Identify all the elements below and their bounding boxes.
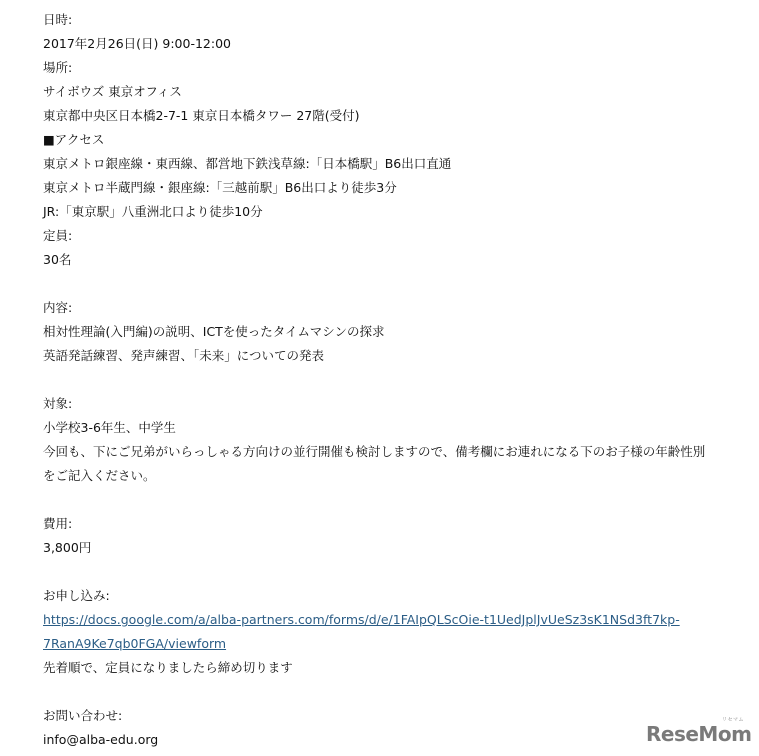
fee-label: 費用: xyxy=(43,512,743,536)
content-label: 内容: xyxy=(43,296,743,320)
access-route: JR:「東京駅」八重洲北口より徒歩10分 xyxy=(43,200,743,224)
application-link-line: https://docs.google.com/a/alba-partners.… xyxy=(43,608,743,632)
resemom-logo: リセマム ReseMom xyxy=(646,716,756,752)
access-route: 東京メトロ銀座線・東西線、都営地下鉄浅草線:「日本橋駅」B6出口直通 xyxy=(43,152,743,176)
target-note: 今回も、下にご兄弟がいらっしゃる方向けの並行開催も検討しますので、備考欄にお連れ… xyxy=(43,440,743,464)
spacer xyxy=(43,272,743,296)
datetime-value: 2017年2月26日(日) 9:00-12:00 xyxy=(43,32,743,56)
target-value: 小学校3-6年生、中学生 xyxy=(43,416,743,440)
event-details: 日時: 2017年2月26日(日) 9:00-12:00 場所: サイボウズ 東… xyxy=(43,8,743,752)
venue-address: 東京都中央区日本橋2-7-1 東京日本橋タワー 27階(受付) xyxy=(43,104,743,128)
application-note: 先着順で、定員になりましたら締め切ります xyxy=(43,656,743,680)
venue-label: 場所: xyxy=(43,56,743,80)
datetime-label: 日時: xyxy=(43,8,743,32)
capacity-label: 定員: xyxy=(43,224,743,248)
logo-brand: ReseMom xyxy=(646,722,751,746)
contact-label: お問い合わせ: xyxy=(43,704,743,728)
application-label: お申し込み: xyxy=(43,584,743,608)
content-item: 英語発話練習、発声練習、「未来」についての発表 xyxy=(43,344,743,368)
target-label: 対象: xyxy=(43,392,743,416)
access-route: 東京メトロ半蔵門線・銀座線:「三越前駅」B6出口より徒歩3分 xyxy=(43,176,743,200)
spacer xyxy=(43,368,743,392)
spacer xyxy=(43,488,743,512)
access-heading: ■アクセス xyxy=(43,128,743,152)
venue-name: サイボウズ 東京オフィス xyxy=(43,80,743,104)
fee-value: 3,800円 xyxy=(43,536,743,560)
content-item: 相対性理論(入門編)の説明、ICTを使ったタイムマシンの探求 xyxy=(43,320,743,344)
spacer xyxy=(43,680,743,704)
target-note: をご記入ください。 xyxy=(43,464,743,488)
capacity-value: 30名 xyxy=(43,248,743,272)
application-form-link[interactable]: 7RanA9Ke7qb0FGA/viewform xyxy=(43,636,226,651)
spacer xyxy=(43,560,743,584)
application-form-link[interactable]: https://docs.google.com/a/alba-partners.… xyxy=(43,612,680,627)
application-link-line: 7RanA9Ke7qb0FGA/viewform xyxy=(43,632,743,656)
contact-email: info@alba-edu.org xyxy=(43,728,743,752)
